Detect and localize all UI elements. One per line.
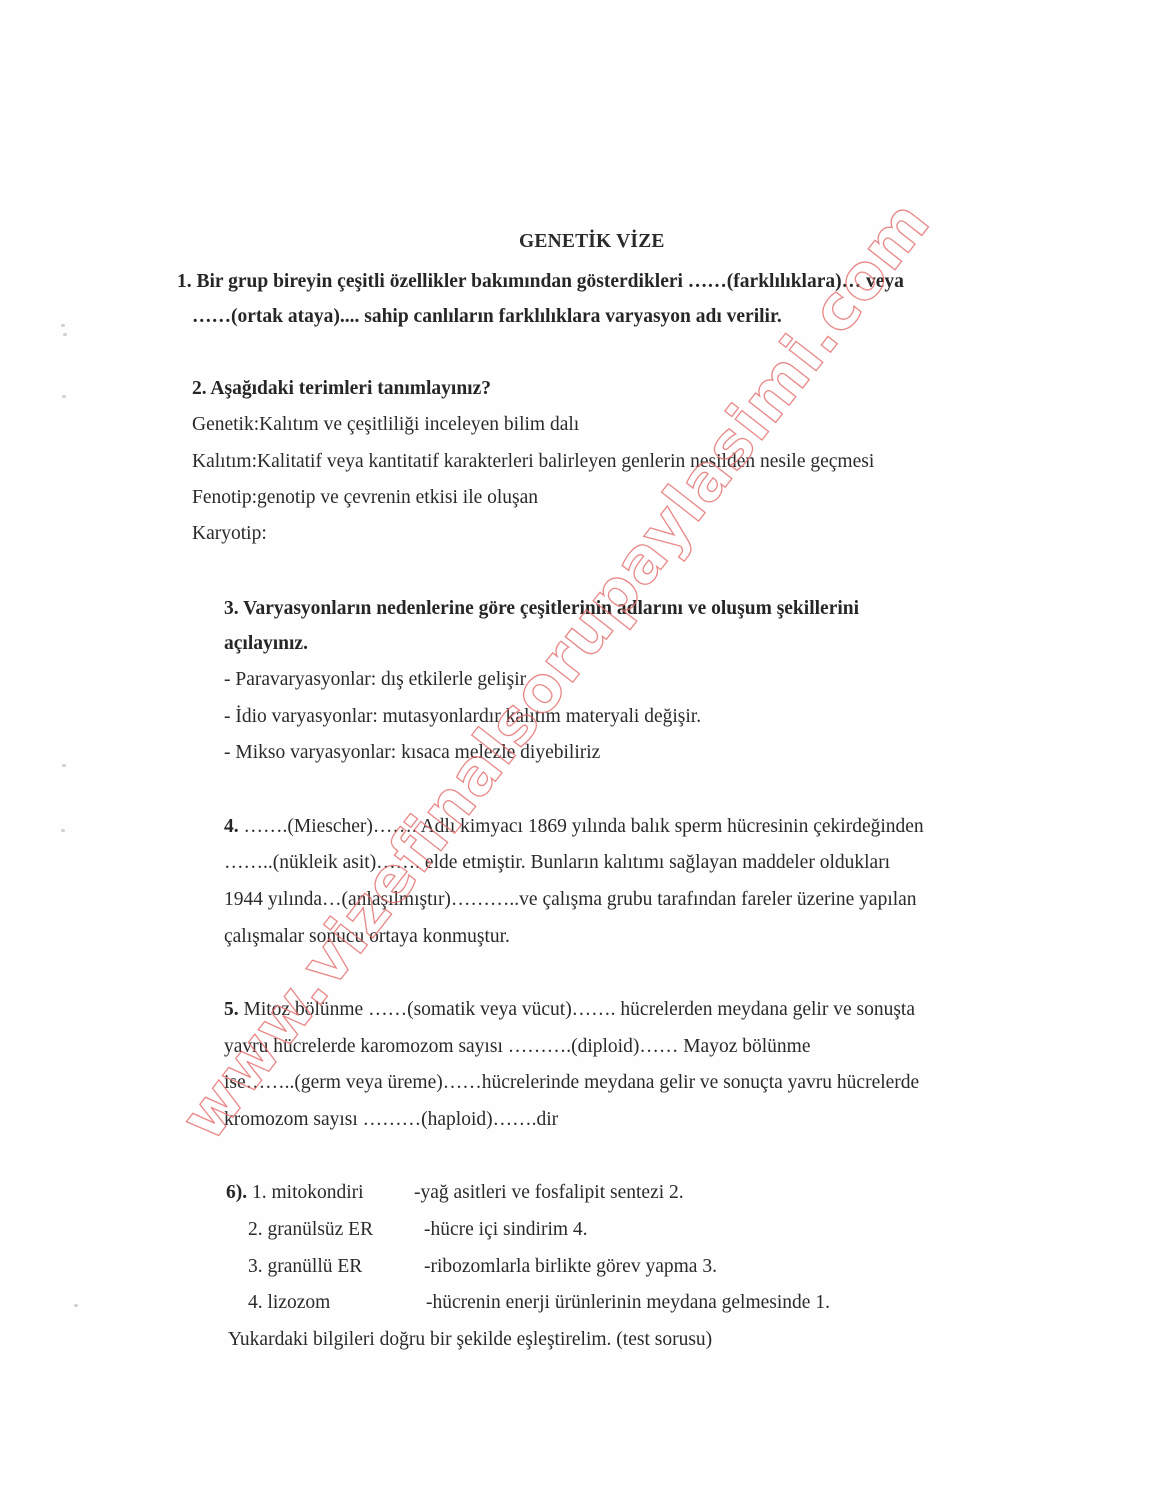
variation-item: - Mikso varyasyonlar: kısaca melezle diy…: [224, 741, 600, 765]
organelle-name: 3. granüllü ER: [248, 1255, 424, 1279]
question-4-line-3: 1944 yılında…(anlaşılmıştır)………..ve çalı…: [224, 888, 917, 912]
question-6-footer: Yukardaki bilgileri doğru bir şekilde eş…: [228, 1328, 712, 1352]
scan-speck: [63, 333, 67, 336]
question-4-line-1: 4. …….(Miescher)……. Adlı kimyacı 1869 yı…: [224, 815, 924, 839]
question-4-number: 4.: [224, 816, 239, 837]
question-5-line-1: 5. Mitoz bölünme ……(somatik veya vücut)……: [224, 998, 915, 1022]
page-title: GENETİK VİZE: [519, 230, 665, 254]
question-1-line-2: ……(ortak ataya).... sahip canlıların far…: [192, 305, 782, 329]
term-fenotip: Fenotip:genotip ve çevrenin etkisi ile o…: [192, 486, 538, 510]
matching-row: 3. granüllü ER-ribozomlarla birlikte gör…: [248, 1255, 717, 1279]
scan-speck: [61, 829, 65, 832]
organelle-function: -hücre içi sindirim 4.: [424, 1219, 588, 1240]
question-1-line-1: 1. Bir grup bireyin çeşitli özellikler b…: [177, 270, 904, 294]
question-3-heading-line-2: açılayınız.: [224, 632, 308, 656]
question-5-line-4: kromozom sayısı ………(haploid)…….dir: [224, 1108, 558, 1132]
scan-speck: [62, 764, 66, 767]
scan-speck: [62, 395, 66, 398]
organelle-name: 2. granülsüz ER: [248, 1218, 424, 1242]
organelle-name: 4. lizozom: [248, 1291, 426, 1315]
question-6-number: 6).: [226, 1182, 247, 1203]
organelle-name: 1. mitokondiri: [252, 1181, 414, 1205]
question-2-heading: 2. Aşağıdaki terimleri tanımlayınız?: [192, 377, 491, 401]
question-5-line-2: yavru hücrelerde karomozom sayısı ……….(d…: [224, 1035, 811, 1059]
question-3-heading-line-1: 3. Varyasyonların nedenlerine göre çeşit…: [224, 597, 859, 621]
term-kalitim: Kalıtım:Kalitatif veya kantitatif karakt…: [192, 450, 874, 474]
organelle-function: -hücrenin enerji ürünlerinin meydana gel…: [426, 1292, 830, 1313]
term-genetik: Genetik:Kalıtım ve çeşitliliği inceleyen…: [192, 413, 579, 437]
variation-item: - Paravaryasyonlar: dış etkilerle gelişi…: [224, 668, 526, 692]
matching-row: 6). 1. mitokondiri-yağ asitleri ve fosfa…: [226, 1181, 684, 1205]
matching-row: 2. granülsüz ER-hücre içi sindirim 4.: [248, 1218, 588, 1242]
question-4-line-4: çalışmalar sonucu ortaya konmuştur.: [224, 925, 510, 949]
variation-item: - İdio varyasyonlar: mutasyonlardır kalı…: [224, 705, 701, 729]
scan-speck: [61, 324, 65, 327]
question-5-line-3: ise……..(germ veya üreme)……hücrelerinde m…: [224, 1071, 919, 1095]
term-karyotip: Karyotip:: [192, 522, 267, 546]
question-4-line-2: ……..(nükleik asit)……. elde etmiştir. Bun…: [224, 851, 890, 875]
organelle-function: -yağ asitleri ve fosfalipit sentezi 2.: [414, 1182, 684, 1203]
scan-speck: [74, 1304, 78, 1307]
scanned-page: GENETİK VİZE 1. Bir grup bireyin çeşitli…: [0, 0, 1173, 1503]
question-5-number: 5.: [224, 999, 239, 1020]
matching-row: 4. lizozom-hücrenin enerji ürünlerinin m…: [248, 1291, 830, 1315]
question-4-text: …….(Miescher)……. Adlı kimyacı 1869 yılın…: [239, 816, 924, 837]
question-5-text: Mitoz bölünme ……(somatik veya vücut)……. …: [239, 999, 915, 1020]
organelle-function: -ribozomlarla birlikte görev yapma 3.: [424, 1256, 717, 1277]
